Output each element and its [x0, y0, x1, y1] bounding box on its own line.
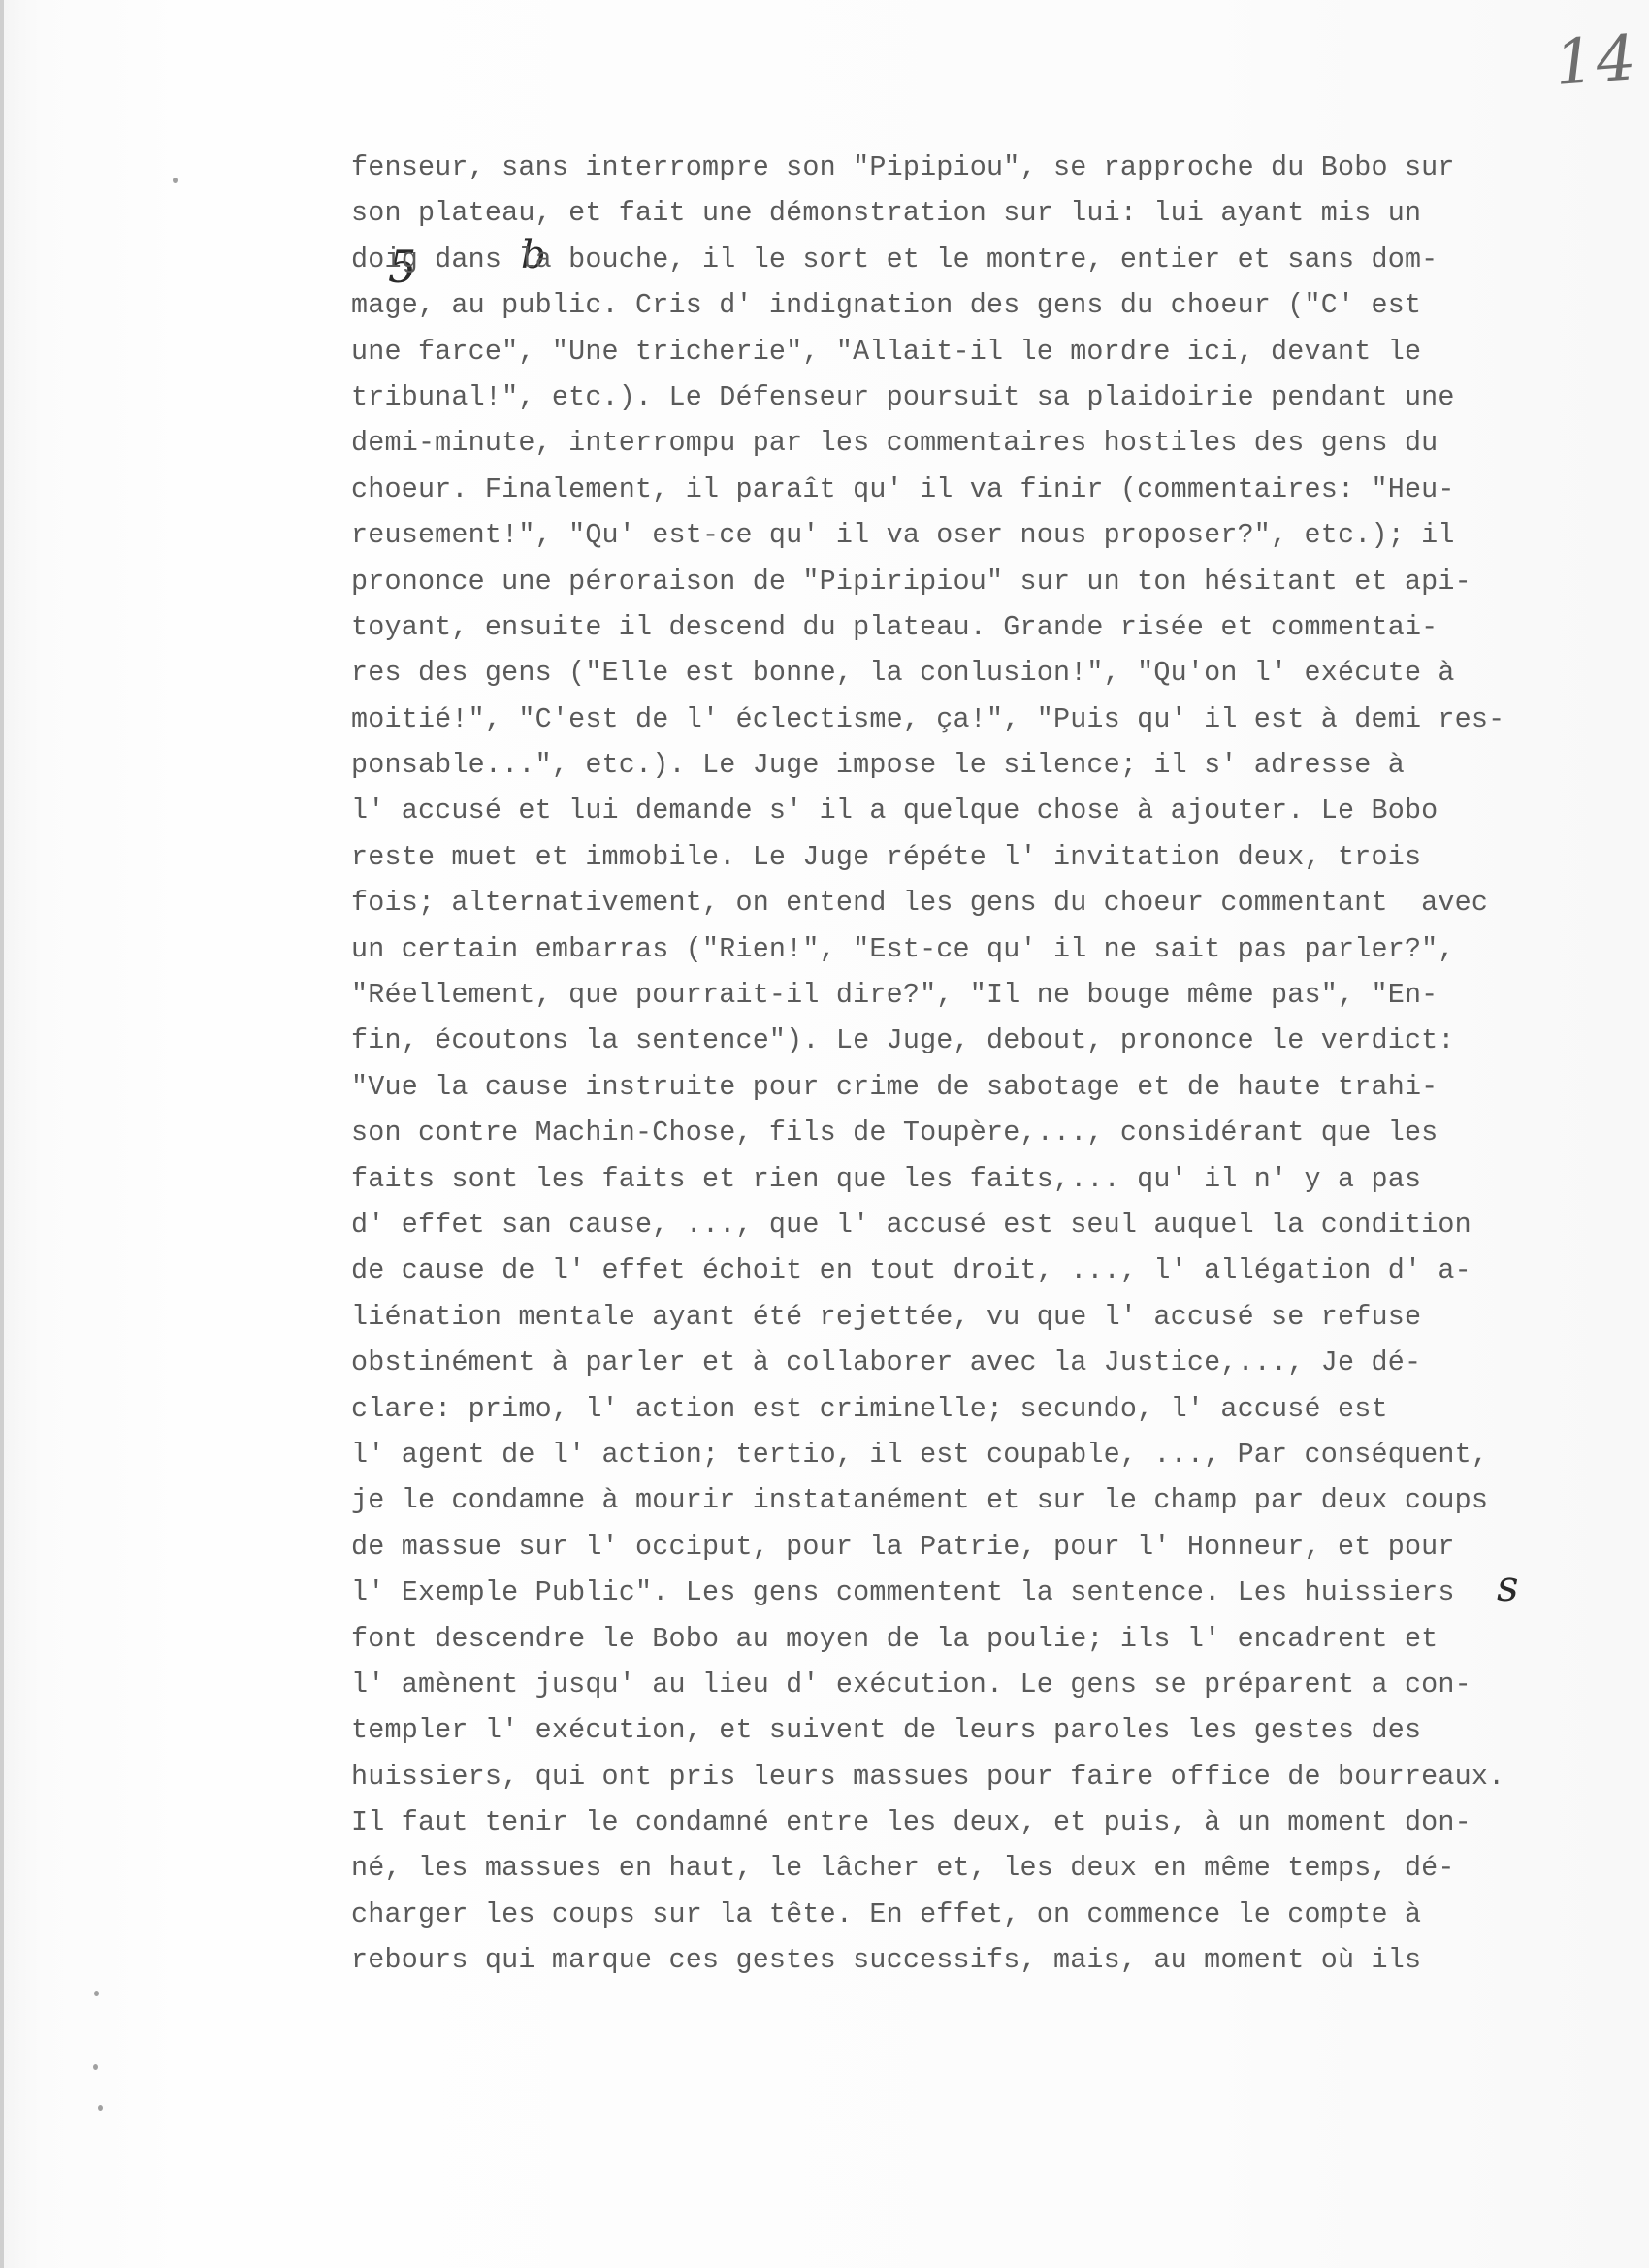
text-line: obstinément à parler et à collaborer ave… [351, 1340, 1632, 1385]
document-page: 14 5 b s fenseur, sans interrompre son "… [0, 0, 1649, 2268]
text-line: de massue sur l' occiput, pour la Patrie… [351, 1524, 1632, 1570]
text-line: tribunal!", etc.). Le Défenseur poursuit… [351, 374, 1632, 420]
text-line: demi-minute, interrompu par les commenta… [351, 420, 1632, 466]
page-number: 14 [1553, 22, 1640, 100]
text-line: "Réellement, que pourrait-il dire?", "Il… [351, 972, 1632, 1018]
text-line: un certain embarras ("Rien!", "Est-ce qu… [351, 926, 1632, 972]
paper-speck [93, 2064, 98, 2070]
text-line: toyant, ensuite il descend du plateau. G… [351, 604, 1632, 650]
typewritten-text-body: fenseur, sans interrompre son "Pipipiou"… [351, 145, 1632, 1984]
text-line: reusement!", "Qu' est-ce qu' il va oser … [351, 512, 1632, 558]
text-line: fin, écoutons la sentence"). Le Juge, de… [351, 1018, 1632, 1063]
text-line: l' amènent jusqu' au lieu d' exécution. … [351, 1662, 1632, 1707]
text-line: d' effet san cause, ..., que l' accusé e… [351, 1202, 1632, 1247]
text-line: templer l' exécution, et suivent de leur… [351, 1707, 1632, 1753]
text-line: une farce", "Une tricherie", "Allait-il … [351, 329, 1632, 374]
text-line: faits sont les faits et rien que les fai… [351, 1156, 1632, 1202]
text-line: prononce une péroraison de "Pipiripiou" … [351, 559, 1632, 604]
text-line: "Vue la cause instruite pour crime de sa… [351, 1064, 1632, 1110]
text-line: fois; alternativement, on entend les gen… [351, 880, 1632, 925]
paper-speck [94, 1991, 99, 1996]
text-line: clare: primo, l' action est criminelle; … [351, 1386, 1632, 1432]
text-line: huissiers, qui ont pris leurs massues po… [351, 1754, 1632, 1799]
text-line: je le condamne à mourir instatanément et… [351, 1477, 1632, 1523]
text-line: l' accusé et lui demande s' il a quelque… [351, 788, 1632, 833]
text-line: son contre Machin-Chose, fils de Toupère… [351, 1110, 1632, 1155]
text-line: font descendre le Bobo au moyen de la po… [351, 1616, 1632, 1662]
text-line: reste muet et immobile. Le Juge répéte l… [351, 834, 1632, 880]
text-line: res des gens ("Elle est bonne, la conlus… [351, 650, 1632, 696]
text-line: ponsable...", etc.). Le Juge impose le s… [351, 742, 1632, 788]
page-edge [0, 0, 4, 2268]
text-line: charger les coups sur la tête. En effet,… [351, 1892, 1632, 1937]
text-line: choeur. Finalement, il paraît qu' il va … [351, 467, 1632, 512]
text-line: son plateau, et fait une démonstration s… [351, 190, 1632, 236]
text-line: de cause de l' effet échoit en tout droi… [351, 1247, 1632, 1293]
text-line: liénation mentale ayant été rejettée, vu… [351, 1294, 1632, 1340]
paper-speck [173, 178, 178, 183]
text-line: moitié!", "C'est de l' éclectisme, ça!",… [351, 697, 1632, 742]
text-line: l' agent de l' action; tertio, il est co… [351, 1432, 1632, 1477]
text-line: fenseur, sans interrompre son "Pipipiou"… [351, 145, 1632, 190]
text-line: Il faut tenir le condamné entre les deux… [351, 1799, 1632, 1845]
text-line: doig dans la bouche, il le sort et le mo… [351, 237, 1632, 282]
text-line: mage, au public. Cris d' indignation des… [351, 282, 1632, 328]
text-line: l' Exemple Public". Les gens commentent … [351, 1570, 1632, 1615]
paper-speck [98, 2105, 103, 2111]
text-line: rebours qui marque ces gestes successifs… [351, 1937, 1632, 1983]
text-line: né, les massues en haut, le lâcher et, l… [351, 1845, 1632, 1891]
